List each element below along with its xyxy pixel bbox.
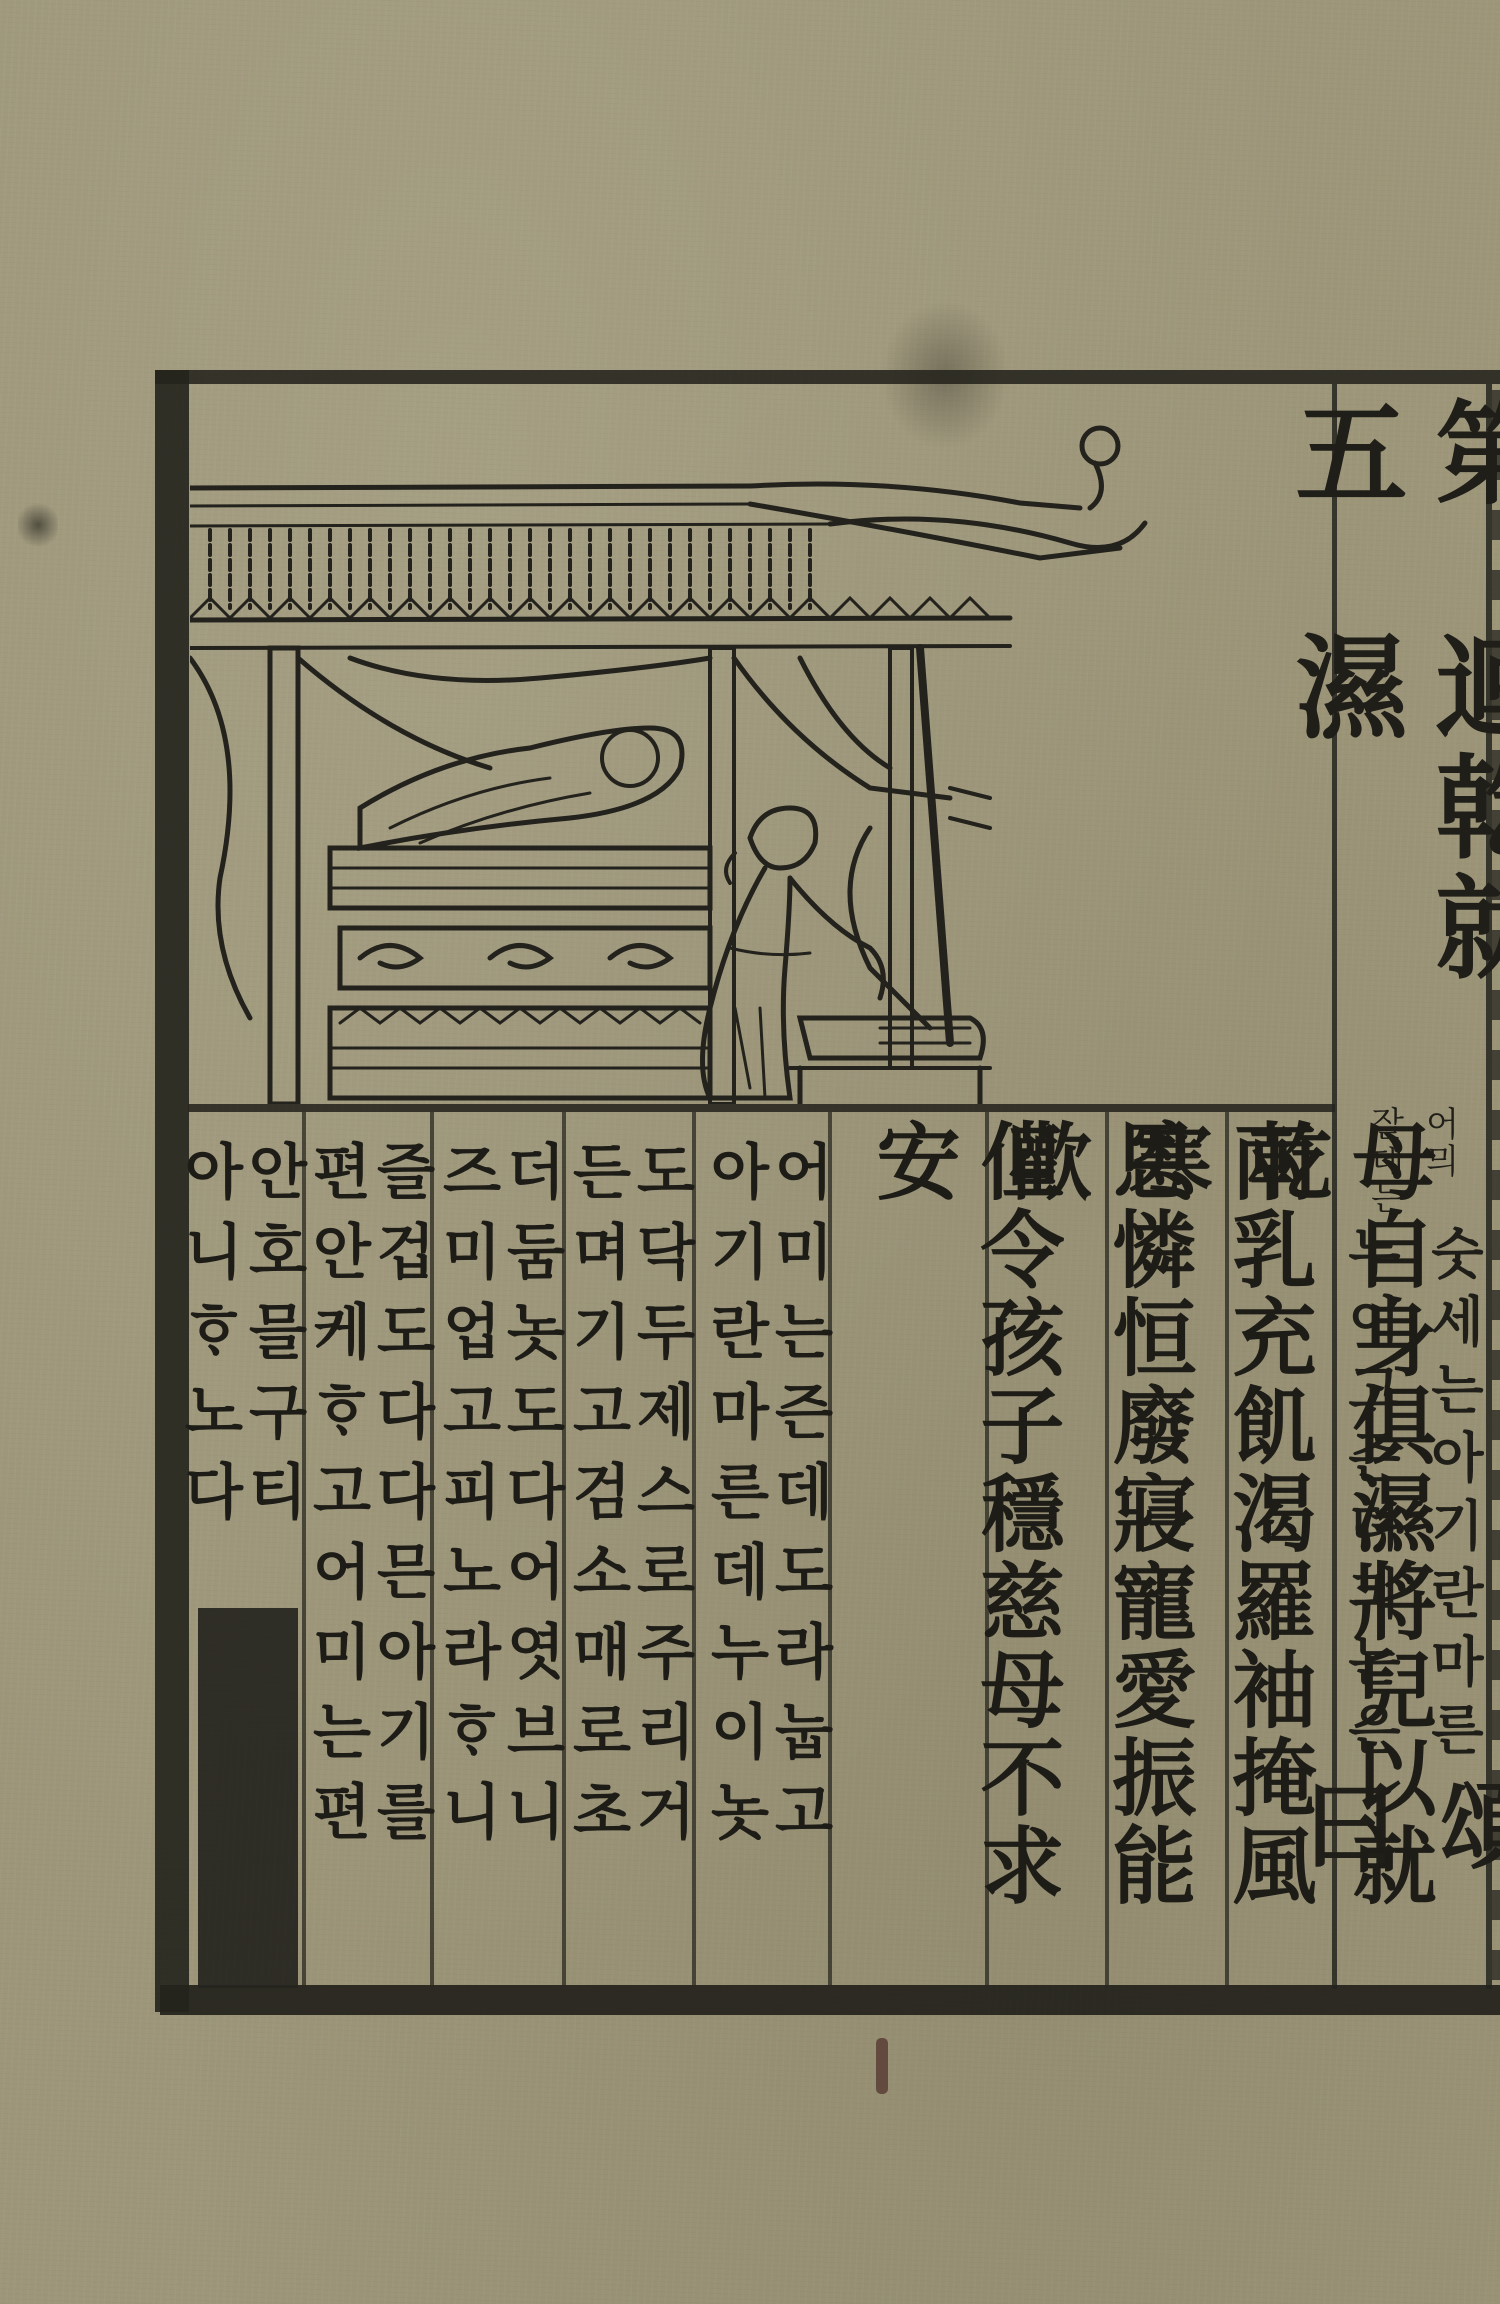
- hangul-column-3: 더둠놋도다어엿브니 즈미업고피노라ᄒᆞ니: [438, 1140, 562, 1990]
- hangul-column-4: 즐겁도다다믄아기를 편안케ᄒᆞ고어미는편: [310, 1140, 432, 1990]
- hangul-line-left: 편안케ᄒᆞ고어미는편: [306, 1140, 368, 1990]
- verse-column-4: 但令孩子穩慈母不求安: [860, 1118, 1068, 1978]
- hangul-column-2: 도닥두제스로주리거 든며기고검소매로초: [570, 1140, 692, 1990]
- chapter-number: 第五: [1272, 395, 1500, 629]
- hangul-column-1: 어미는즌데도라눕고 아기란마른데누이놋: [700, 1140, 830, 1990]
- paper-stain: [876, 2038, 888, 2094]
- hangul-line-left: 든며기고검소매로초: [566, 1140, 628, 1990]
- ink-blot: [18, 500, 58, 550]
- hangul-line-left: 아기란마른데누이놋: [704, 1140, 766, 1990]
- hangul-line-right: 어미는즌데도라눕고: [768, 1140, 830, 1990]
- woodcut-illustration: [190, 408, 1335, 1104]
- frame-top-border: [155, 370, 1500, 384]
- hangul-line-right: 즐겁도다다믄아기를: [370, 1140, 432, 1990]
- hangul-line-right: 더둠놋도다어엿브니: [500, 1140, 562, 1990]
- chapter-title: 迴乾就濕: [1272, 629, 1500, 1098]
- blank-ink-block: [198, 1608, 298, 1988]
- hangul-line-right: 도닥두제스로주리거: [630, 1140, 692, 1990]
- illustration-divider: [188, 1104, 1335, 1112]
- hangul-line-left: 즈미업고피노라ᄒᆞ니: [436, 1140, 498, 1990]
